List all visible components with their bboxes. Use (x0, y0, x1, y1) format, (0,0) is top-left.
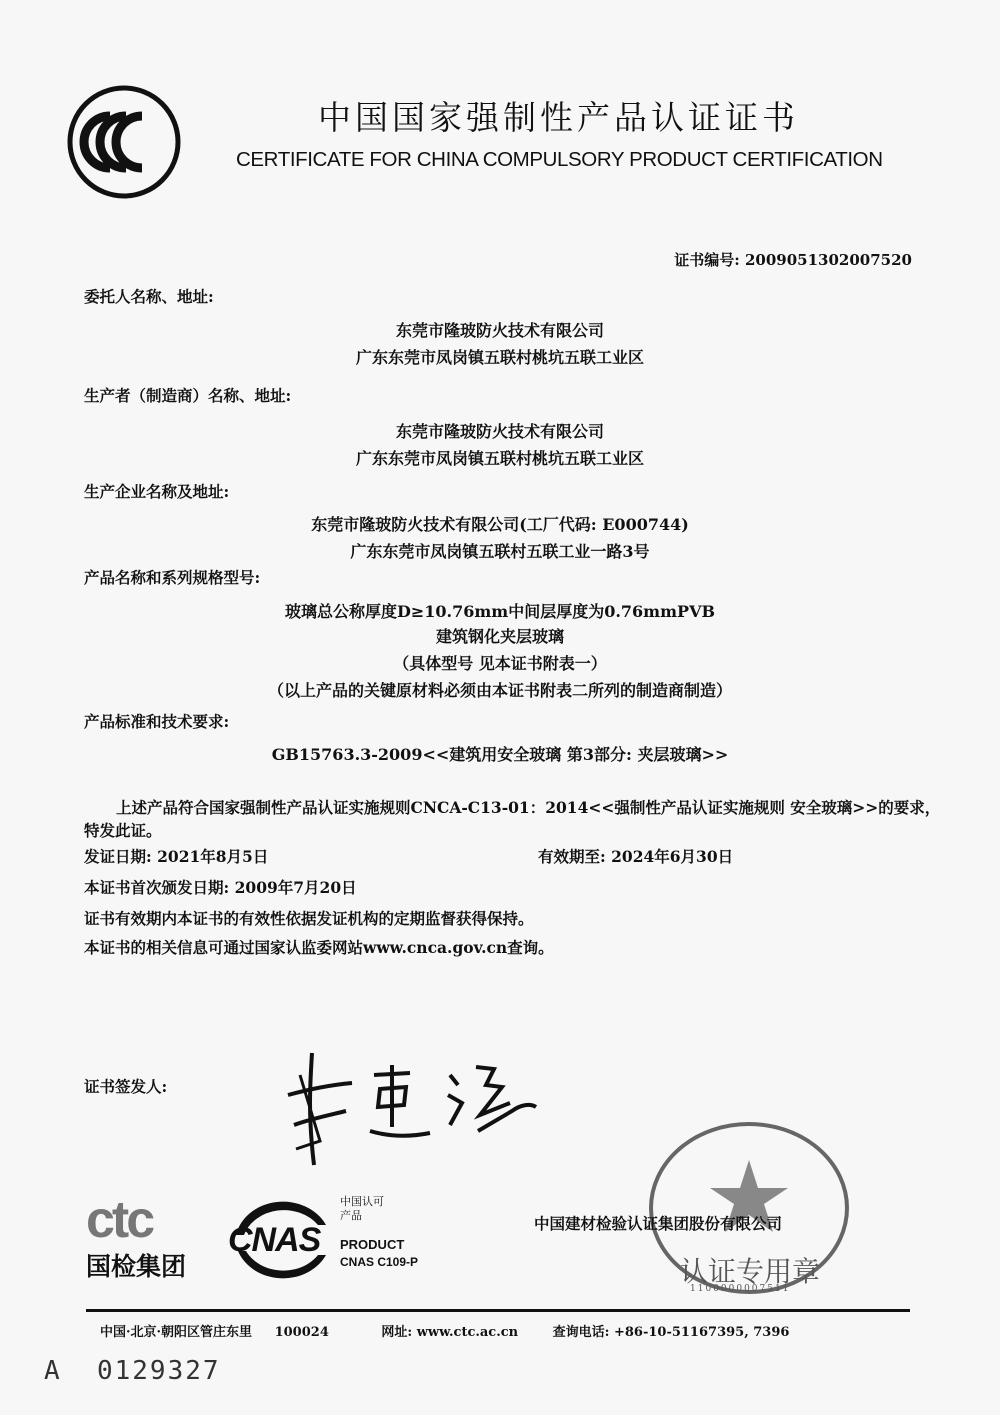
footer-divider (86, 1309, 910, 1312)
footer-postcode: 100024 (275, 1325, 329, 1340)
signature-icon (280, 1045, 540, 1175)
cnas-en-line1: PRODUCT (340, 1237, 404, 1252)
applicant-address: 广东东莞市凤岗镇五联村桃坑五联工业区 (0, 345, 1000, 368)
standard-value: GB15763.3-2009<<建筑用安全玻璃 第3部分: 夹层玻璃>> (0, 742, 1000, 765)
cnas-cn-line1: 中国认可 (340, 1195, 384, 1208)
manufacturer-label: 生产者（制造商）名称、地址: (84, 384, 291, 406)
footer-website: 网址: www.ctc.ac.cn (381, 1325, 518, 1340)
product-spec: 玻璃总公称厚度D≥10.76mm中间层厚度为0.76mmPVB (0, 599, 1000, 622)
seal-code: 1100000007511 (690, 1284, 790, 1294)
cnas-wordmark: CNAS (228, 1221, 320, 1260)
factory-label: 生产企业名称及地址: (84, 480, 229, 502)
ctc-logo: ctc 国检集团 (86, 1195, 186, 1283)
certificate-number: 证书编号: 2009051302007520 (674, 249, 912, 270)
cnas-cn-line2: 产品 (340, 1209, 362, 1222)
website-note: 本证书的相关信息可通过国家认监委网站www.cnca.gov.cn查询。 (84, 936, 554, 958)
footer-address: 中国·北京·朝阳区管庄东里 (100, 1325, 252, 1340)
compliance-statement-text: 上述产品符合国家强制性产品认证实施规则CNCA-C13-01：2014<<强制性… (84, 798, 940, 840)
cnas-en-line2: CNAS C109-P (340, 1255, 418, 1269)
valid-until-date: 有效期至: 2024年6月30日 (538, 845, 733, 867)
factory-name: 东莞市隆玻防火技术有限公司(工厂代码: E000744) (0, 512, 1000, 535)
serial-number: A 0129327 (44, 1356, 221, 1386)
product-material-note: （以上产品的关键原材料必须由本证书附表二所列的制造商制造） (0, 678, 1000, 701)
issuer-name: 中国建材检验认证集团股份有限公司 (534, 1212, 782, 1234)
first-issue-date: 本证书首次颁发日期: 2009年7月20日 (84, 876, 357, 898)
footer-contact: 中国·北京·朝阳区管庄东里 100024 网址: www.ctc.ac.cn 查… (100, 1321, 819, 1340)
ctc-logo-wordmark: ctc (86, 1195, 186, 1245)
product-name: 建筑钢化夹层玻璃 (0, 624, 1000, 647)
issue-date: 发证日期: 2021年8月5日 (84, 845, 268, 867)
manufacturer-address: 广东东莞市凤岗镇五联村桃坑五联工业区 (0, 446, 1000, 469)
product-model-note: （具体型号 见本证书附表一） (0, 651, 1000, 674)
certificate-title-en: CERTIFICATE FOR CHINA COMPULSORY PRODUCT… (236, 148, 883, 172)
cnas-logo: CNAS 中国认可 产品 PRODUCT CNAS C109-P (226, 1195, 436, 1287)
factory-address: 广东东莞市凤岗镇五联村五联工业一路3号 (0, 539, 1000, 562)
validity-note: 证书有效期内本证书的有效性依据发证机构的定期监督获得保持。 (84, 907, 534, 929)
applicant-label: 委托人名称、地址: (84, 285, 214, 307)
ctc-logo-subtitle: 国检集团 (86, 1247, 186, 1283)
product-label: 产品名称和系列规格型号: (84, 566, 260, 588)
standard-label: 产品标准和技术要求: (84, 710, 229, 732)
applicant-name: 东莞市隆玻防火技术有限公司 (0, 318, 1000, 341)
compliance-statement: 上述产品符合国家强制性产品认证实施规则CNCA-C13-01：2014<<强制性… (84, 796, 944, 842)
footer-phone: 查询电话: +86-10-51167395, 7396 (553, 1325, 790, 1340)
manufacturer-name: 东莞市隆玻防火技术有限公司 (0, 419, 1000, 442)
signatory-label: 证书签发人: (84, 1075, 167, 1097)
ccc-logo-icon (66, 84, 182, 200)
certificate-title-cn: 中国国家强制性产品认证证书 (318, 92, 799, 139)
